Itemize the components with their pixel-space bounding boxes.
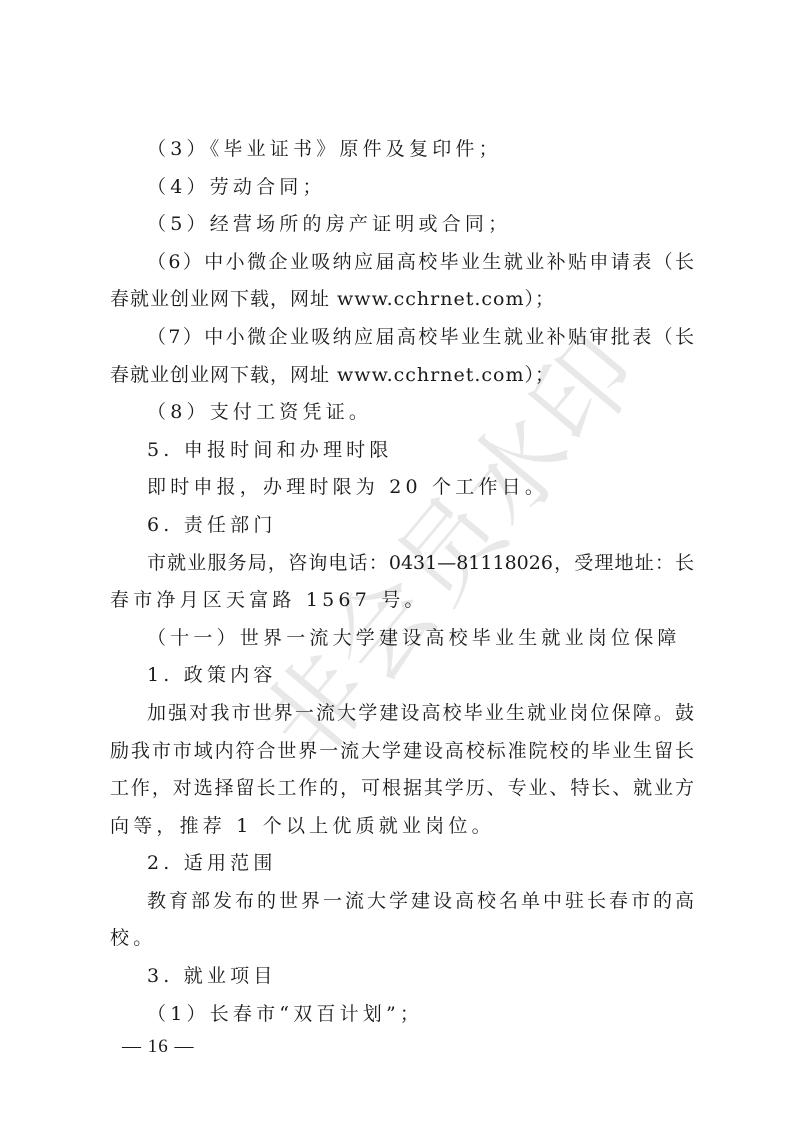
paragraph-scope-line-1: 教育部发布的世界一流大学建设高校名单中驻长春市的高 xyxy=(110,883,694,921)
paragraph-contact-info: 市就业服务局，咨询电话：0431—81118026，受理地址：长 xyxy=(110,545,694,583)
paragraph-policy-line-2: 励我市市域内符合世界一流大学建设高校标准院校的毕业生留长 xyxy=(110,733,694,771)
list-item-5-premises-proof: （5）经营场所的房产证明或合同； xyxy=(110,206,694,244)
list-item-3-graduation-certificate: （3）《毕业证书》原件及复印件； xyxy=(110,131,694,169)
section-heading-application-time: 5. 申报时间和办理时限 xyxy=(110,432,694,470)
page-number: — 16 — xyxy=(122,1034,195,1060)
list-item-4-labor-contract: （4）劳动合同； xyxy=(110,169,694,207)
document-body: （3）《毕业证书》原件及复印件； （4）劳动合同； （5）经营场所的房产证明或合… xyxy=(110,131,694,1033)
paragraph-scope-line-2: 校。 xyxy=(110,920,694,958)
list-item-6-application-form: （6）中小微企业吸纳应届高校毕业生就业补贴申请表（长 xyxy=(110,244,694,282)
list-item-7-download-link: 春就业创业网下载，网址 www.cchrnet.com）； xyxy=(110,357,694,395)
list-item-7-approval-form: （7）中小微企业吸纳应届高校毕业生就业补贴审批表（长 xyxy=(110,319,694,357)
section-heading-policy-content: 1. 政策内容 xyxy=(110,657,694,695)
paragraph-policy-line-1: 加强对我市世界一流大学建设高校毕业生就业岗位保障。鼓 xyxy=(110,695,694,733)
paragraph-contact-address: 春市净月区天富路 1567 号。 xyxy=(110,582,694,620)
list-item-1-double-hundred-plan: （1）长春市“双百计划”； xyxy=(110,996,694,1034)
chapter-heading-11: （十一）世界一流大学建设高校毕业生就业岗位保障 xyxy=(110,620,694,658)
paragraph-processing-time: 即时申报，办理时限为 20 个工作日。 xyxy=(110,469,694,507)
paragraph-policy-line-4: 向等，推荐 1 个以上优质就业岗位。 xyxy=(110,808,694,846)
section-heading-scope: 2. 适用范围 xyxy=(110,845,694,883)
section-heading-responsible-dept: 6. 责任部门 xyxy=(110,507,694,545)
list-item-6-download-link: 春就业创业网下载，网址 www.cchrnet.com）； xyxy=(110,281,694,319)
paragraph-policy-line-3: 工作，对选择留长工作的，可根据其学历、专业、特长、就业方 xyxy=(110,770,694,808)
section-heading-employment-projects: 3. 就业项目 xyxy=(110,958,694,996)
document-page: （3）《毕业证书》原件及复印件； （4）劳动合同； （5）经营场所的房产证明或合… xyxy=(0,0,793,1122)
list-item-8-payment-proof: （8）支付工资凭证。 xyxy=(110,394,694,432)
